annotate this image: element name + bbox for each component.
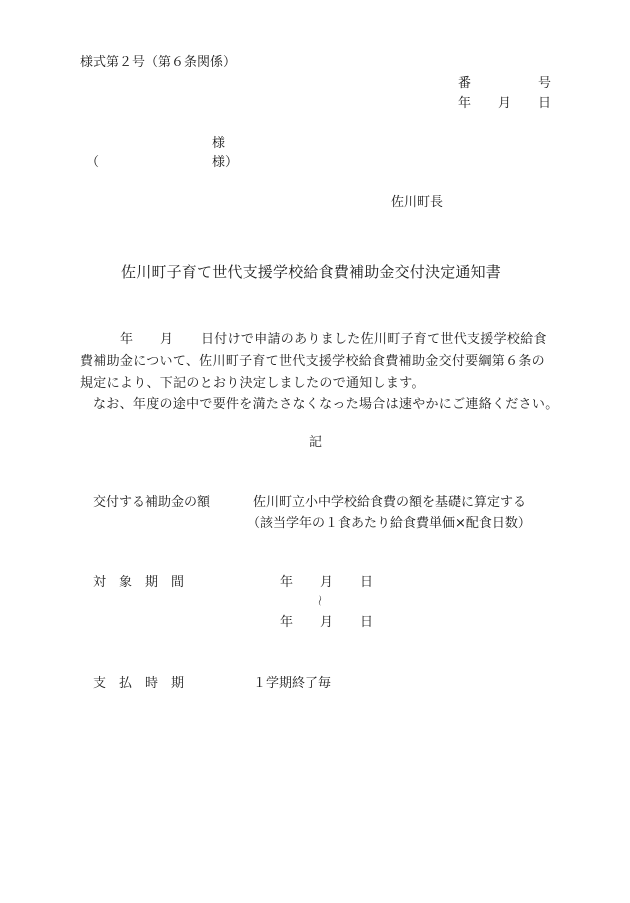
period-end-day: 日 (360, 616, 373, 629)
date-month: 月 (498, 97, 511, 110)
amount-value-line1: 佐川町立小中学校給食費の額を基礎に算定する (253, 496, 526, 509)
body-line1-year: 年 (120, 333, 133, 346)
period-end-year: 年 (280, 616, 293, 629)
date-year: 年 (458, 97, 471, 110)
recipient-paren-open: （ (86, 156, 99, 169)
form-number: 様式第２号（第６条関係） (80, 56, 236, 69)
date-day: 日 (538, 97, 551, 110)
recipient-paren-close: 様） (212, 156, 238, 169)
body-line4: なお、年度の途中で要件を満たさなくなった場合は速やかにご連絡ください。 (93, 398, 559, 411)
period-end-month: 月 (320, 616, 333, 629)
period-start-month: 月 (320, 576, 333, 589)
recipient-honorific: 様 (212, 137, 225, 150)
ki-heading: 記 (309, 436, 322, 449)
body-line3: 規定により、下記のとおり決定しましたので通知します。 (80, 377, 425, 390)
period-start-day: 日 (360, 576, 373, 589)
body-line2: 費補助金について、佐川町子育て世代支援学校給食費補助金交付要綱第６条の (80, 355, 545, 368)
doc-number-suffix: 号 (538, 77, 551, 90)
period-label: 対象期間 (93, 576, 197, 589)
document-title: 佐川町子育て世代支援学校給食費補助金交付決定通知書 (121, 265, 501, 280)
period-start-year: 年 (280, 576, 293, 589)
doc-number-label: 番 (458, 77, 471, 90)
body-line1-text: 日付けで申請のありました佐川町子育て世代支援学校給食 (201, 333, 547, 346)
amount-label: 交付する補助金の額 (93, 496, 210, 509)
period-separator: 〜 (314, 595, 325, 606)
payment-label: 支払時期 (93, 677, 197, 690)
amount-value-line2: （該当学年の１食あたり給食費単価×配食日数） (247, 517, 531, 530)
issuer: 佐川町長 (391, 196, 443, 209)
body-line1-month: 月 (160, 333, 173, 346)
payment-value: １学期終了毎 (253, 677, 331, 690)
